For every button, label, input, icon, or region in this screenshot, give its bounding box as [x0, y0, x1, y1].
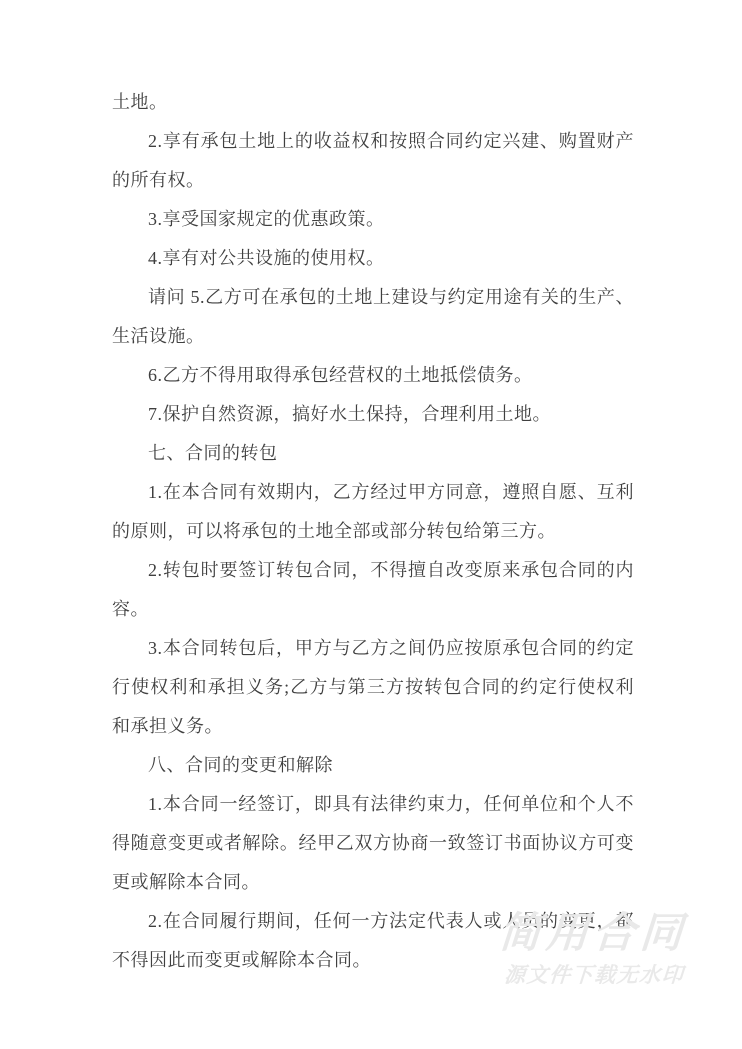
contract-paragraph: 2.享有承包土地上的收益权和按照合同约定兴建、购置财产的所有权。 [112, 122, 634, 200]
contract-paragraph: 6.乙方不得用取得承包经营权的土地抵偿债务。 [112, 356, 634, 395]
section-heading: 七、合同的转包 [112, 434, 634, 473]
contract-paragraph: 1.在本合同有效期内，乙方经过甲方同意，遵照自愿、互利的原则，可以将承包的土地全… [112, 473, 634, 551]
contract-paragraph: 2.转包时要签订转包合同，不得擅自改变原来承包合同的内容。 [112, 551, 634, 629]
document-page: 土地。2.享有承包土地上的收益权和按照合同约定兴建、购置财产的所有权。3.享受国… [0, 0, 742, 1049]
watermark-brand-text: 简用合同 [498, 912, 689, 954]
watermark: 简用合同 源文件下载无水印 [495, 912, 688, 986]
contract-paragraph: 4.享有对公共设施的使用权。 [112, 239, 634, 278]
section-heading: 八、合同的变更和解除 [112, 746, 634, 785]
contract-paragraph: 土地。 [112, 83, 634, 122]
contract-paragraph: 7.保护自然资源，搞好水土保持，合理利用土地。 [112, 395, 634, 434]
contract-paragraph: 3.本合同转包后，甲方与乙方之间仍应按原承包合同的约定行使权利和承担义务;乙方与… [112, 629, 634, 746]
contract-paragraph: 3.享受国家规定的优惠政策。 [112, 200, 634, 239]
contract-paragraph: 请问 5.乙方可在承包的土地上建设与约定用途有关的生产、生活设施。 [112, 278, 634, 356]
watermark-tagline-text: 源文件下载无水印 [495, 965, 684, 986]
contract-paragraph: 1.本合同一经签订，即具有法律约束力，任何单位和个人不得随意变更或者解除。经甲乙… [112, 785, 634, 902]
contract-body: 土地。2.享有承包土地上的收益权和按照合同约定兴建、购置财产的所有权。3.享受国… [112, 83, 634, 980]
